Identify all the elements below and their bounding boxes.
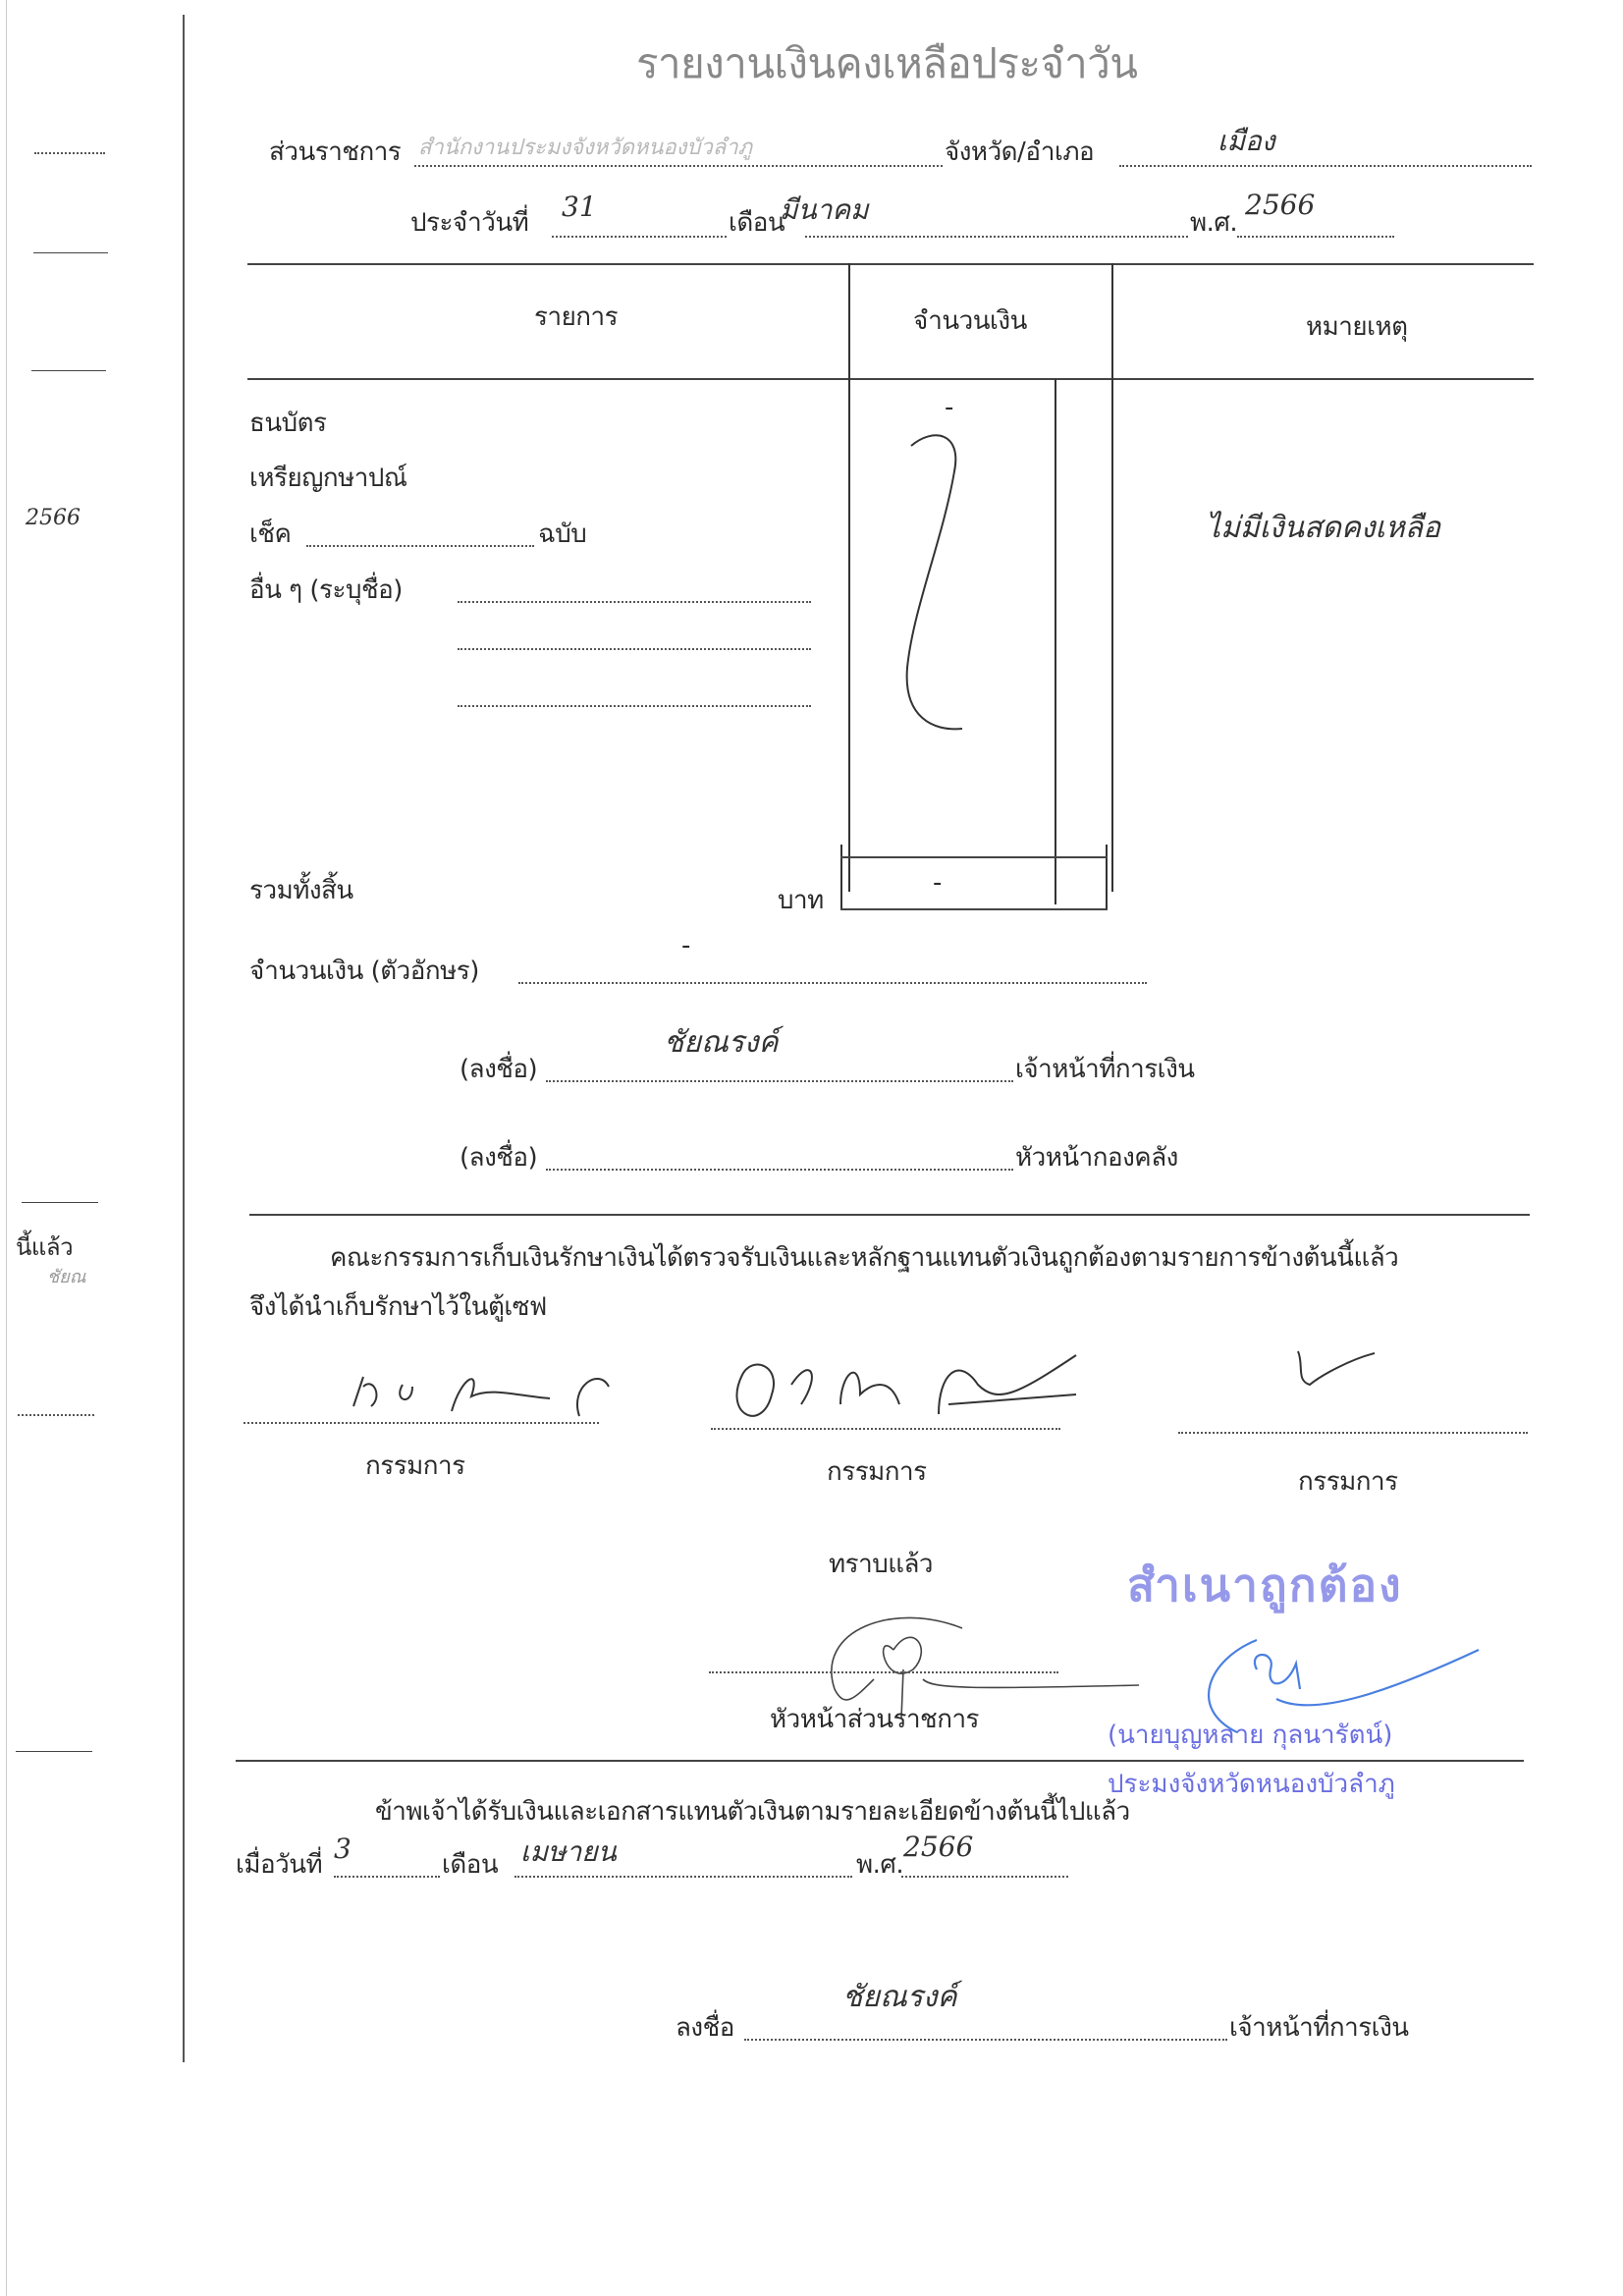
committee-line-1: [243, 1422, 599, 1424]
signature-finance-officer: ชัยณรงค์: [664, 1019, 779, 1066]
margin-text-fragment: นี้แล้ว: [16, 1228, 73, 1266]
table-col-divider: [848, 263, 850, 892]
receipt-year-value: 2566: [903, 1831, 973, 1863]
month-field-line: [805, 236, 1188, 238]
head-role: หัวหน้าส่วนราชการ: [770, 1699, 979, 1739]
signature-line-finance: [546, 1080, 1013, 1082]
committee-signature-1: [334, 1357, 668, 1426]
receipt-date-label: เมื่อวันที่: [236, 1844, 322, 1885]
department-label: ส่วนราชการ: [269, 132, 401, 172]
margin-dots: [34, 152, 105, 154]
margin-year-note: 2566: [26, 506, 81, 530]
total-label: รวมทั้งสิ้น: [249, 870, 353, 910]
province-label: จังหวัด/อำเภอ: [945, 132, 1094, 172]
page-title: รายงานเงินคงเหลือประจำวัน: [636, 31, 1138, 96]
month-label: เดือน: [729, 202, 784, 243]
margin-rule: [31, 370, 106, 371]
section-divider: [249, 1214, 1530, 1216]
margin-rule: [33, 252, 108, 253]
receipt-signature: ชัยณรงค์: [842, 1974, 957, 2020]
column-header-remark: หมายเหตุ: [1306, 306, 1408, 347]
receipt-year-line: [901, 1876, 1068, 1878]
province-value: เมือง: [1217, 120, 1275, 163]
amount-in-words-line: [518, 982, 1147, 984]
province-field-line: [1119, 165, 1532, 167]
department-value: สำนักงานประมงจังหวัดหนองบัวลำภู: [418, 130, 752, 164]
column-header-items: รายการ: [534, 297, 618, 337]
item-coins: เหรียญกษาปณ์: [249, 458, 406, 498]
committee-statement-line2: จึงได้นำเก็บรักษาไว้ในตู้เซฟ: [249, 1286, 547, 1327]
total-box-right: [1106, 845, 1108, 909]
item-banknotes: ธนบัตร: [249, 403, 327, 443]
item-cheque: เช็ค: [249, 514, 291, 554]
other-line-3: [458, 705, 811, 707]
year-label: พ.ศ.: [1190, 202, 1237, 243]
margin-dots: [18, 1414, 94, 1416]
table-header-bottom-border: [247, 378, 1534, 380]
certifier-position: ประมงจังหวัดหนองบัวลำภู: [1108, 1764, 1395, 1804]
signature-prefix-finance: (ลงชื่อ): [460, 1049, 537, 1089]
committee-signature-3: [1292, 1345, 1380, 1394]
margin-edge-line: [6, 0, 7, 2296]
total-value: -: [933, 868, 942, 898]
receipt-month-line: [514, 1876, 852, 1878]
receipt-month-label: เดือน: [442, 1844, 498, 1885]
year-field-line: [1237, 236, 1394, 238]
committee-role-2: กรรมการ: [827, 1451, 927, 1492]
signature-prefix-treasury: (ลงชื่อ): [460, 1137, 537, 1177]
role-treasury-head: หัวหน้ากองคลัง: [1015, 1137, 1178, 1177]
signature-line-treasury: [546, 1169, 1013, 1171]
item-other: อื่น ๆ (ระบุชื่อ): [249, 570, 403, 610]
committee-role-3: กรรมการ: [1298, 1461, 1398, 1502]
amount-value: -: [945, 393, 953, 422]
role-finance-officer: เจ้าหน้าที่การเงิน: [1015, 1049, 1195, 1089]
committee-statement-line1: คณะกรรมการเก็บเงินรักษาเงินได้ตรวจรับเงิ…: [330, 1237, 1398, 1278]
date-field-line: [552, 236, 727, 238]
certifier-name: (นายบุญหลาย กุลนารัตน์): [1108, 1715, 1392, 1755]
currency-label: บาท: [778, 880, 824, 920]
date-label: ประจำวันที่: [410, 202, 528, 243]
amount-in-words-value: -: [681, 931, 690, 960]
receipt-sign-label: ลงชื่อ: [676, 2007, 734, 2048]
total-box-top: [840, 856, 1108, 858]
receipt-role: เจ้าหน้าที่การเงิน: [1229, 2007, 1409, 2048]
item-cheque-suffix: ฉบับ: [538, 514, 586, 554]
other-line-1: [458, 601, 811, 603]
page-binding-line: [183, 15, 185, 2062]
committee-signature-2: [723, 1336, 1096, 1434]
cheque-count-line: [306, 545, 534, 547]
other-line-2: [458, 648, 811, 650]
month-value: มีนาคม: [780, 189, 869, 232]
amount-in-words-label: จำนวนเงิน (ตัวอักษร): [249, 951, 479, 991]
acknowledged-label: ทราบแล้ว: [829, 1544, 933, 1584]
receipt-date-line: [334, 1876, 440, 1878]
year-value: 2566: [1245, 189, 1315, 221]
committee-role-1: กรรมการ: [365, 1446, 465, 1486]
department-field-line: [414, 165, 943, 167]
table-col-divider: [1111, 263, 1113, 892]
margin-initials: ชัยณ: [47, 1262, 85, 1290]
committee-line-3: [1178, 1432, 1528, 1434]
receipt-statement: ข้าพเจ้าได้รับเงินและเอกสารแทนตัวเงินตาม…: [375, 1791, 1130, 1831]
total-box-bottom: [840, 908, 1108, 910]
receipt-month-value: เมษายน: [520, 1831, 617, 1874]
section-divider: [236, 1760, 1524, 1762]
total-box-left: [840, 845, 842, 909]
margin-rule: [16, 1751, 92, 1752]
remark-value: ไม่มีเงินสดคงเหลือ: [1206, 505, 1440, 551]
margin-rule: [22, 1202, 98, 1203]
column-header-amount: จำนวนเงิน: [913, 301, 1027, 341]
certified-copy-stamp: สำเนาถูกต้อง: [1127, 1550, 1403, 1621]
committee-line-2: [711, 1428, 1060, 1430]
receipt-date-value: 3: [334, 1832, 352, 1865]
receipt-signature-line: [744, 2039, 1227, 2041]
date-value: 31: [562, 191, 597, 223]
strike-through-mark: [903, 432, 982, 766]
amount-subcol-divider: [1055, 379, 1056, 904]
head-signature-line: [709, 1671, 1058, 1673]
table-top-border: [247, 263, 1534, 265]
receipt-year-label: พ.ศ.: [856, 1844, 903, 1885]
